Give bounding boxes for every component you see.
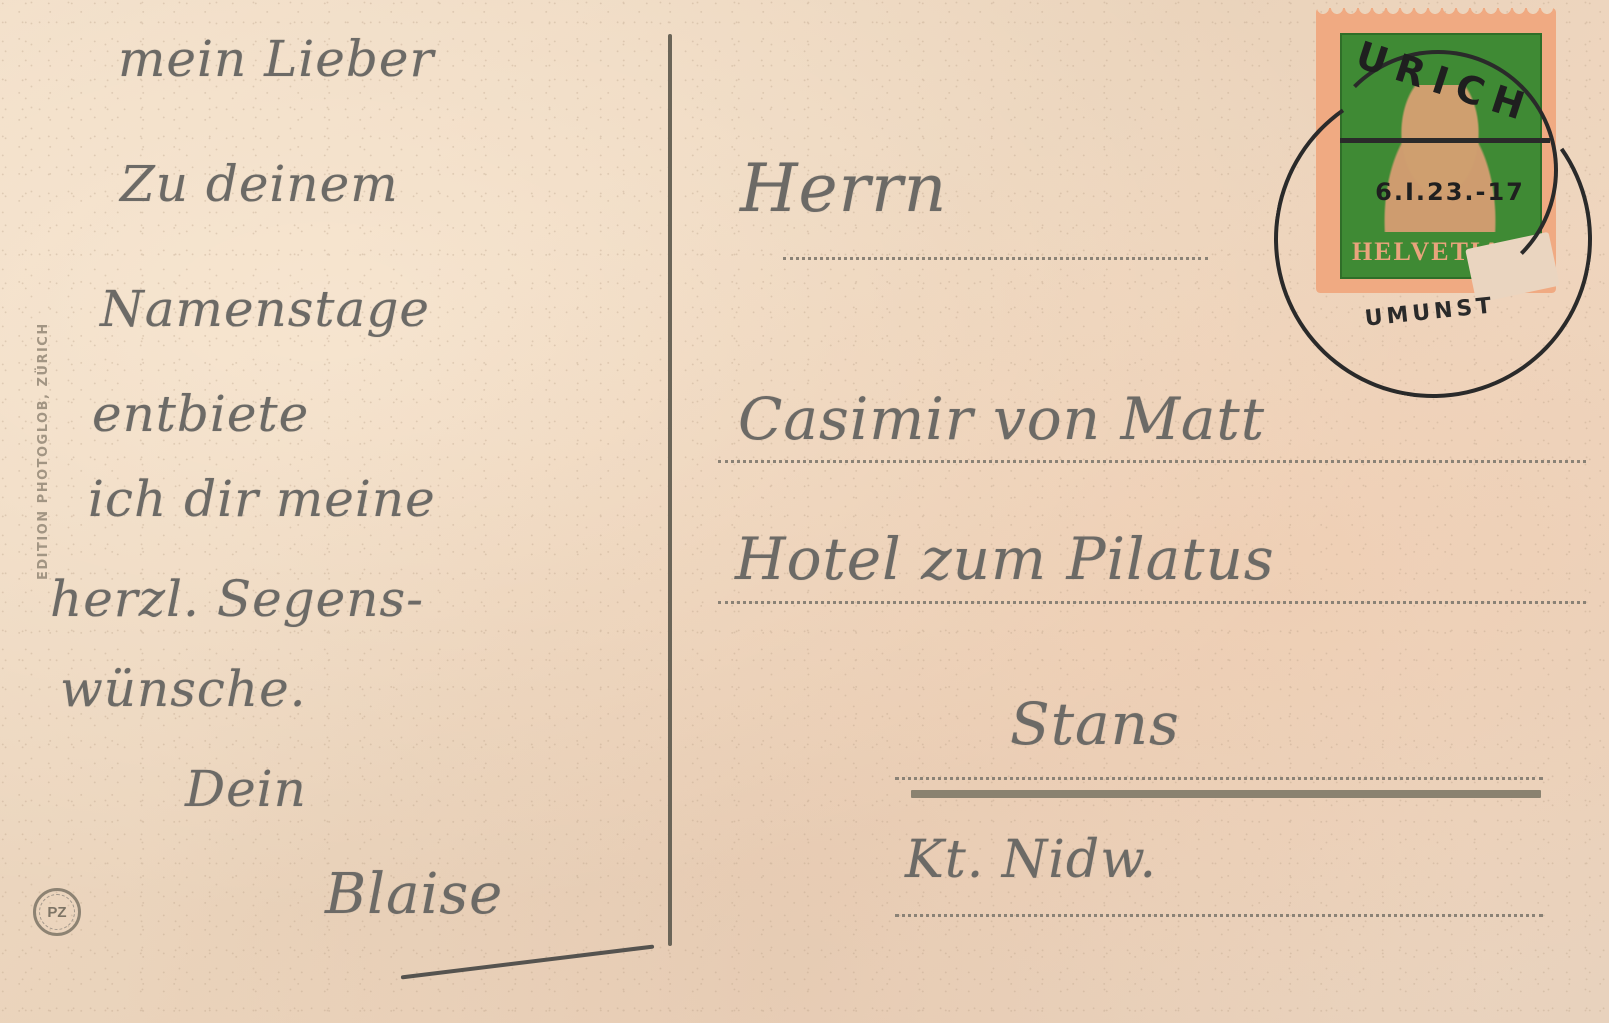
publisher-imprint: EDITION PHOTOGLOB, ZÜRICH — [36, 322, 51, 580]
postmark-date: 6.I.23.-17 — [1350, 178, 1550, 206]
signature: Blaise — [325, 862, 503, 927]
message-line-7: wünsche. — [60, 660, 307, 718]
center-divider-line — [668, 34, 672, 946]
address-dotted-line-1 — [783, 257, 1208, 260]
address-line-2: Hotel zum Pilatus — [735, 525, 1275, 593]
message-line-5: ich dir meine — [88, 470, 436, 528]
publisher-logo-text: PZ — [47, 904, 66, 921]
globe-emblem-icon: PZ — [33, 888, 81, 936]
message-line-8: Dein — [185, 760, 307, 818]
address-dotted-line-2 — [718, 460, 1586, 463]
address-line-3: Stans — [1010, 690, 1180, 758]
signature-underline — [401, 944, 655, 979]
address-line-4: Kt. Nidw. — [905, 830, 1157, 890]
address-thick-rule — [911, 790, 1541, 798]
message-line-3: Namenstage — [100, 280, 430, 338]
message-line-1: mein Lieber — [118, 30, 434, 88]
address-dotted-line-3 — [718, 601, 1586, 604]
message-line-2: Zu deinem — [120, 155, 399, 213]
address-dotted-line-5 — [895, 914, 1543, 917]
message-line-6: herzl. Segens- — [50, 570, 424, 628]
postcard-back: EDITION PHOTOGLOB, ZÜRICH PZ HELVETIA UR… — [0, 0, 1609, 1023]
address-dotted-line-4 — [895, 777, 1543, 780]
address-line-1: Casimir von Matt — [738, 385, 1265, 453]
address-salutation: Herrn — [740, 150, 947, 227]
message-line-4: entbiete — [92, 385, 309, 443]
postmark-bar — [1340, 138, 1550, 143]
